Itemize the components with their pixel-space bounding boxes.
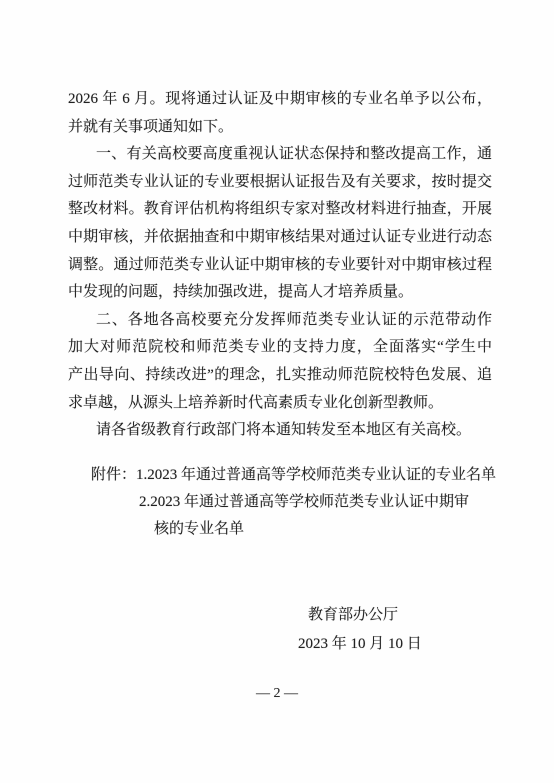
body-text-line: 请各省级教育行政部门将本通知转发至本地区有关高校。 (68, 417, 492, 445)
body-text-line: 中期审核，并依据抽查和中期审核结果对通过认证专业进行动态 (68, 224, 492, 252)
body-text-line: 过师范类专业认证的专业要根据认证报告及有关要求，按时提交 (68, 169, 492, 197)
signature-date: 2023 年 10 月 10 日 (298, 630, 492, 659)
body-text-line: 并就有关事项通知如下。 (68, 114, 492, 142)
signature-block: 教育部办公厅 2023 年 10 月 10 日 (68, 601, 492, 659)
attachment-line-2: 2.2023 年通过普通高等学校师范类专业认证中期审 (139, 489, 492, 516)
document-body: 2026 年 6 月。现将通过认证及中期审核的专业名单予以公布，并就有关事项通知… (68, 86, 492, 445)
signature-issuer: 教育部办公厅 (308, 601, 492, 630)
page-footer: — 2 — (0, 686, 554, 702)
attachments-label: 附件： (91, 467, 136, 483)
attachment-line-3: 核的专业名单 (154, 516, 492, 543)
body-text-line: 求卓越，从源头上培养新时代高素质专业化创新型教师。 (68, 390, 492, 418)
document-content: 2026 年 6 月。现将通过认证及中期审核的专业名单予以公布，并就有关事项通知… (68, 86, 492, 659)
body-text-line: 2026 年 6 月。现将通过认证及中期审核的专业名单予以公布， (68, 86, 492, 114)
body-text-line: 整改材料。教育评估机构将组织专家对整改材料进行抽查，开展 (68, 196, 492, 224)
body-text-line: 中发现的问题，持续加强改进，提高人才培养质量。 (68, 279, 492, 307)
body-text-line: 加大对师范院校和师范类专业的支持力度，全面落实“学生中心、 (68, 334, 492, 362)
body-text-line: 一、有关高校要高度重视认证状态保持和整改提高工作，通 (68, 141, 492, 169)
body-text-line: 产出导向、持续改进”的理念，扎实推动师范院校特色发展、追 (68, 362, 492, 390)
document-page: 2026 年 6 月。现将通过认证及中期审核的专业名单予以公布，并就有关事项通知… (0, 0, 554, 783)
attachment-line-1: 附件：1.2023 年通过普通高等学校师范类专业认证的专业名单 (91, 462, 492, 489)
attachment-item-1: 1.2023 年通过普通高等学校师范类专业认证的专业名单 (136, 467, 496, 483)
body-text-line: 二、各地各高校要充分发挥师范类专业认证的示范带动作用， (68, 307, 492, 335)
attachments-block: 附件：1.2023 年通过普通高等学校师范类专业认证的专业名单 2.2023 年… (68, 462, 492, 543)
body-text-line: 调整。通过师范类专业认证中期审核的专业要针对中期审核过程 (68, 252, 492, 280)
page-number: — 2 — (256, 686, 298, 701)
